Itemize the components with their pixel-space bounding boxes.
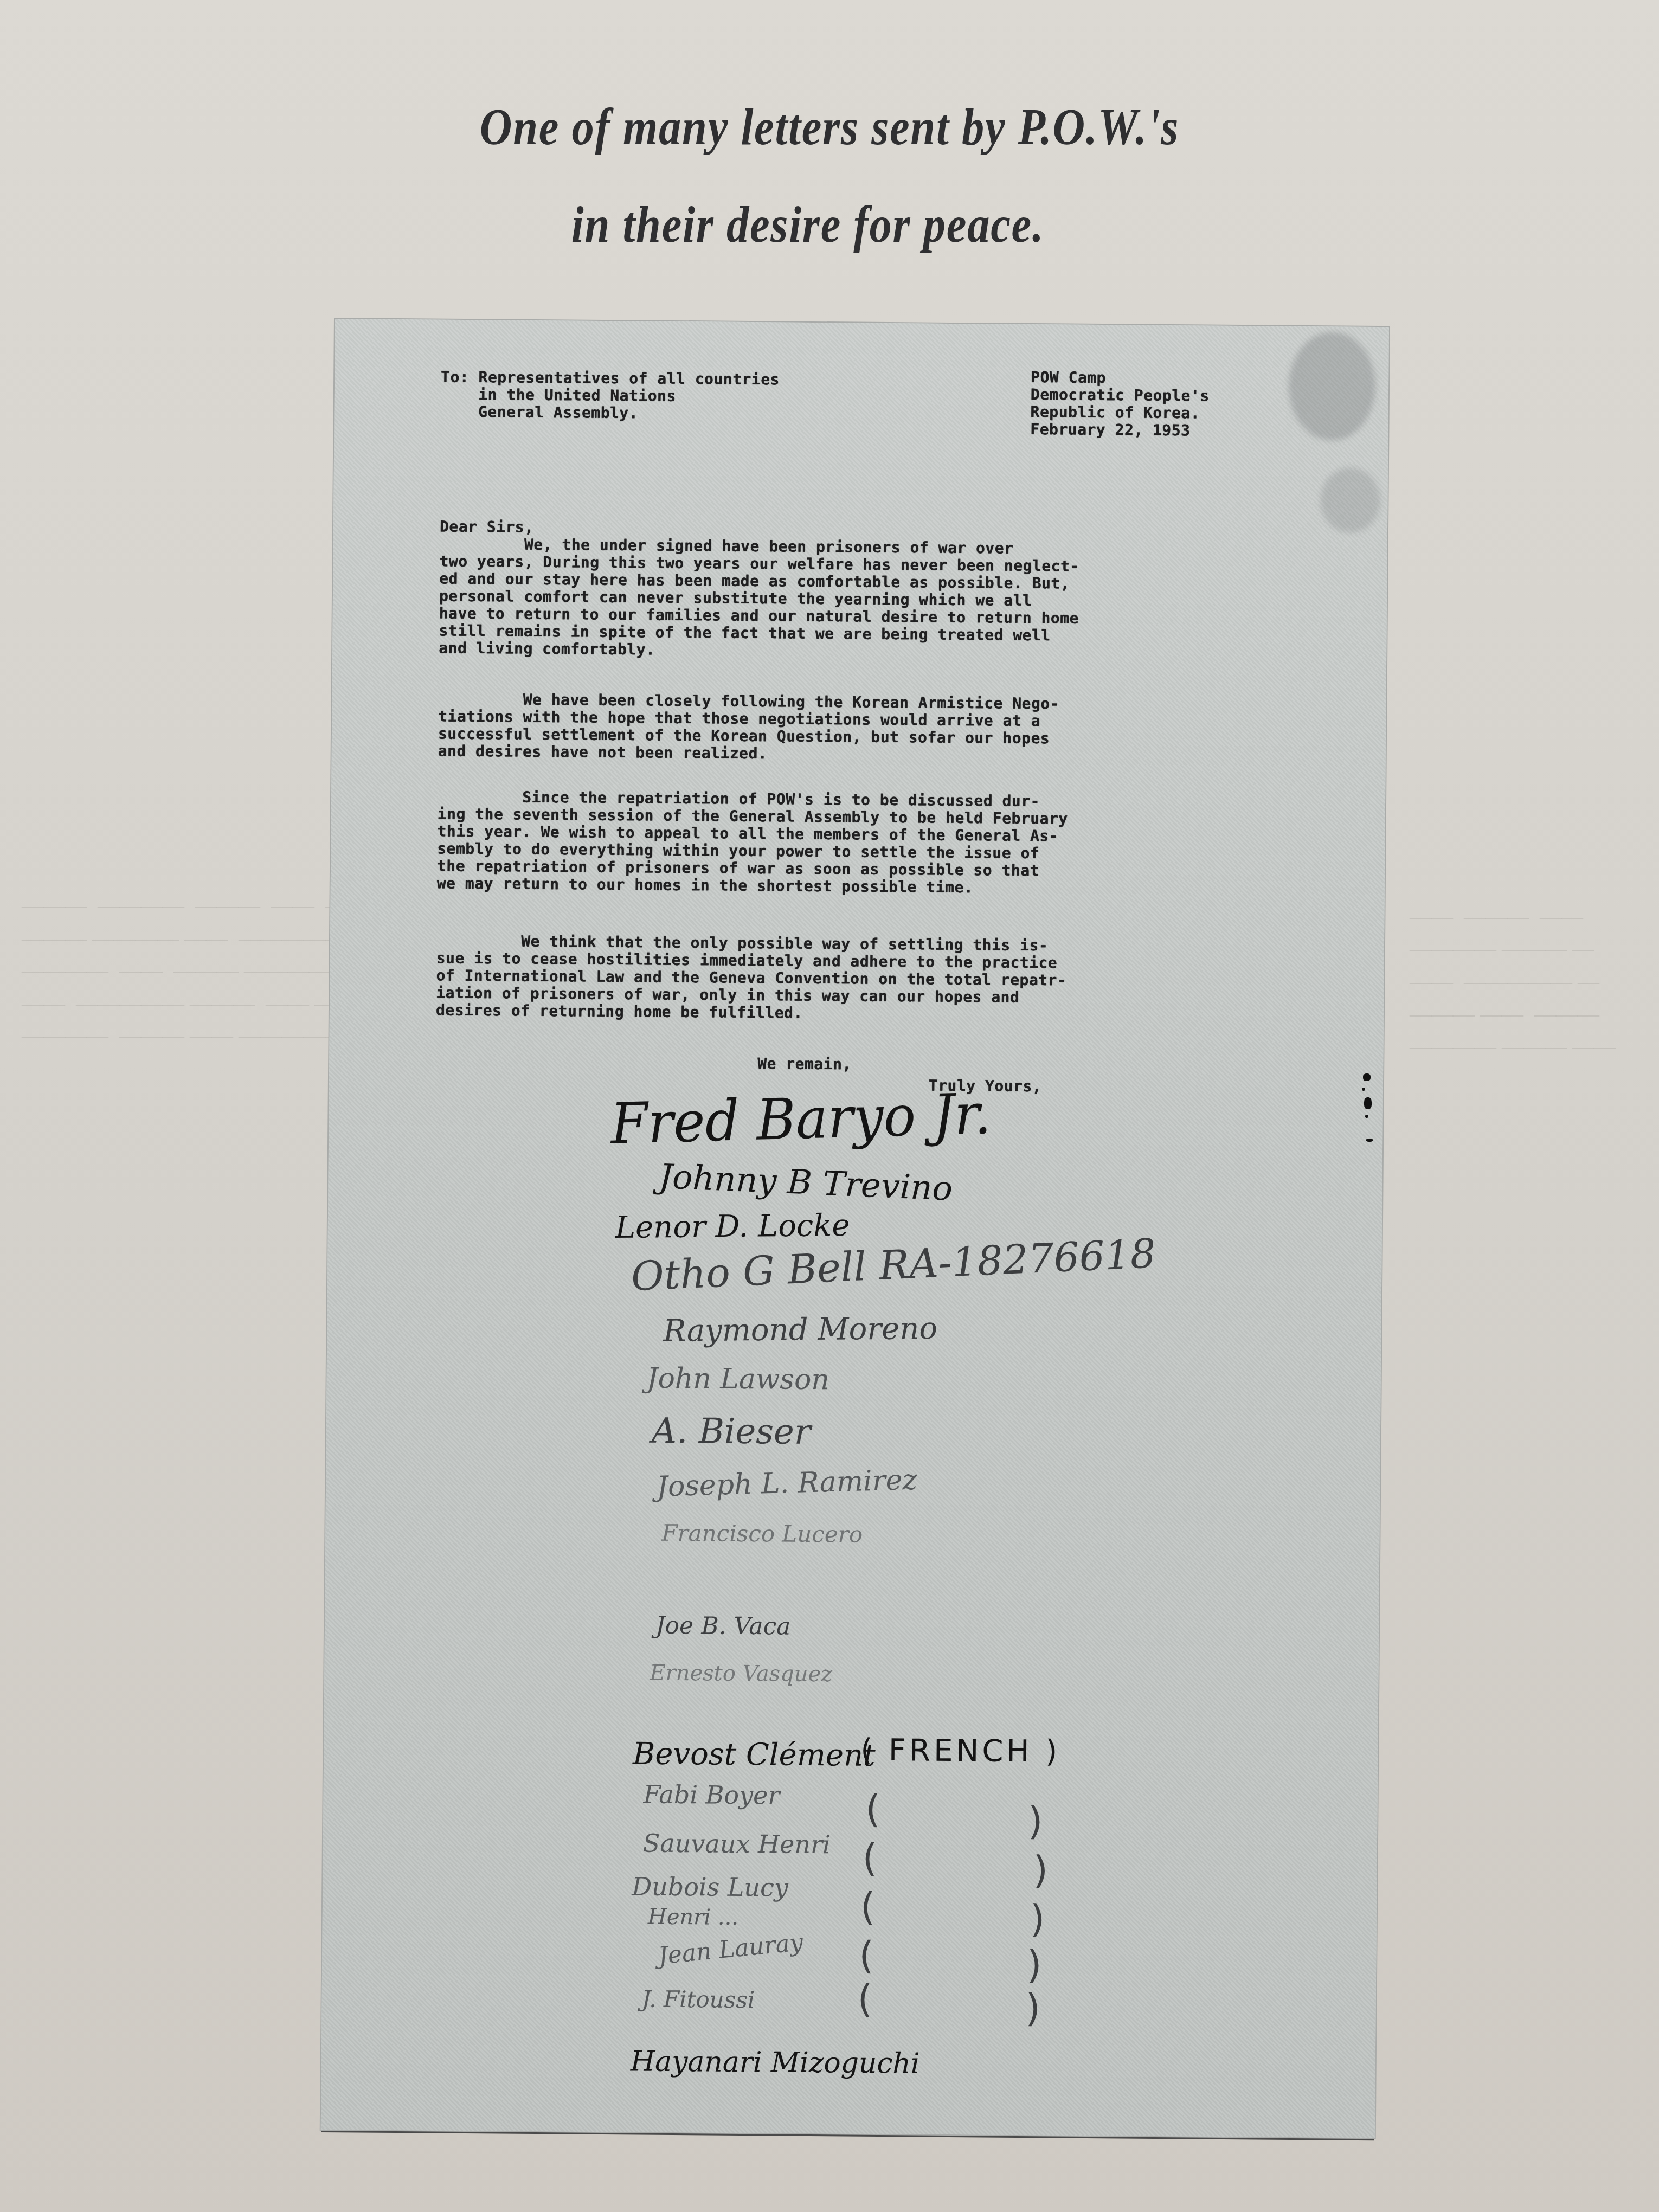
signature: Raymond Moreno — [663, 1311, 937, 1349]
sender-address: POW CampDemocratic People'sRepublic of K… — [1030, 369, 1210, 440]
open-paren-mark: ( — [865, 1787, 880, 1831]
open-paren-mark: ( — [862, 1836, 877, 1880]
photo-stain — [1288, 332, 1376, 441]
signature: J. Fitoussi — [641, 1986, 755, 2014]
photo-stain — [1320, 467, 1380, 533]
open-paren-mark: ( — [860, 1885, 876, 1929]
close-paren-mark: ) — [1027, 1943, 1042, 1987]
signature: Fabi Boyer — [643, 1780, 780, 1810]
ink-marks-on-edge — [1362, 1073, 1371, 1155]
signature: Francisco Lucero — [661, 1520, 863, 1548]
signature: Lenor D. Locke — [615, 1208, 850, 1245]
close-paren-mark: ) — [1028, 1799, 1043, 1843]
signature: Bevost Clément — [633, 1736, 876, 1773]
open-paren-mark: ( — [857, 1977, 872, 2021]
signature: John Lawson — [646, 1362, 829, 1397]
closing-we-remain: We remain, — [757, 1055, 852, 1073]
signature: Johnny B Trevino — [658, 1156, 953, 1208]
signature: Joe B. Vaca — [655, 1612, 791, 1641]
close-paren-mark: ) — [1033, 1848, 1048, 1892]
letter-paragraph-3: Since the repatriation of POW's is to be… — [437, 788, 1068, 897]
recipient-address: To: Representatives of all countries in … — [441, 369, 780, 423]
signature: Joseph L. Ramirez — [656, 1464, 917, 1503]
letter-paragraph-4: We think that the only possible way of s… — [436, 933, 1067, 1024]
signature: Ernesto Vasquez — [650, 1661, 832, 1687]
signature: A. Bieser — [652, 1411, 811, 1452]
page-caption-line-2: in their desire for peace. — [94, 194, 1521, 254]
signature: Hayanari Mizoguchi — [631, 2045, 920, 2080]
close-paren-mark: ) — [1030, 1896, 1045, 1941]
nationality-note: ( FRENCH ) — [860, 1733, 1060, 1770]
bleed-through-text-right: —— ——— —— ———— ——— — —— ————— — ——— —— —… — [1410, 900, 1616, 1063]
signature: Henri ... — [648, 1905, 738, 1930]
signature: Jean Lauray — [657, 1928, 805, 1970]
letter-paragraph-1: We, the under signed have been prisoners… — [439, 536, 1079, 662]
letter-photograph: To: Representatives of all countries in … — [321, 319, 1389, 2138]
salutation: Dear Sirs, — [440, 518, 534, 536]
signature: Sauvaux Henri — [643, 1829, 831, 1860]
signature: Fred Baryo Jr. — [610, 1081, 992, 1157]
page-caption-line-1: One of many letters sent by P.O.W.'s — [116, 97, 1543, 157]
close-paren-mark: ) — [1025, 1986, 1040, 2030]
signature: Dubois Lucy — [632, 1872, 788, 1902]
letter-paragraph-2: We have been closely following the Korea… — [438, 691, 1060, 765]
open-paren-mark: ( — [859, 1933, 874, 1978]
